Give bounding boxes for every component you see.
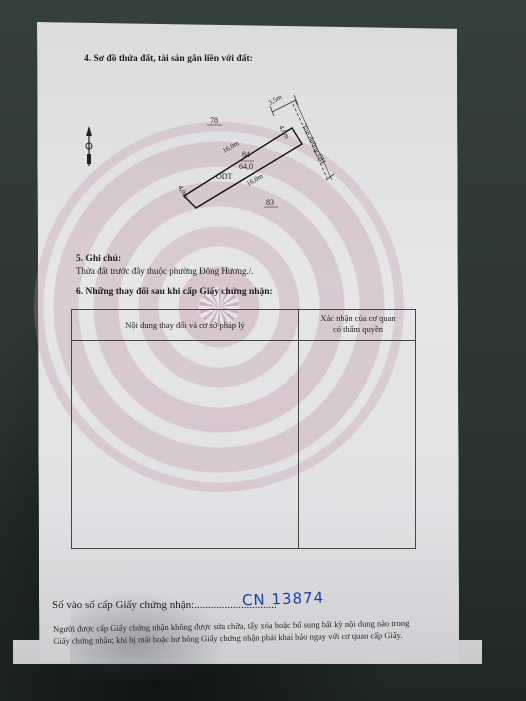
serial-number-handwritten: CN 13874 (242, 589, 325, 610)
land-use-code: ODT (216, 172, 232, 181)
section-5-title: 5. Ghi chú: (76, 254, 121, 264)
changes-table: Nội dung thay đổi và cơ sở pháp lý Xác n… (71, 309, 416, 549)
table-header-confirmation-line2: có thẩm quyền (299, 324, 417, 335)
section-6-title: 6. Những thay đổi sau khi cấp Giấy chứng… (76, 287, 273, 297)
neighbor-parcel-78: 78 (210, 116, 218, 125)
section-5-note: Thửa đất trước đây thuộc phường Đông Hươ… (76, 266, 254, 276)
table-header-confirmation-line1: Xác nhận của cơ quan (299, 313, 417, 324)
table-header-divider (72, 340, 415, 341)
parcel-number: 84 (242, 150, 250, 159)
section-4-title: 4. Sơ đồ thửa đất, tài sản gắn liền với … (84, 54, 253, 64)
table-header-changes: Nội dung thay đổi và cơ sở pháp lý (72, 320, 298, 331)
parcel-area: 64,0 (239, 162, 253, 171)
table-column-divider (298, 310, 299, 548)
neighbor-parcel-83: 83 (266, 198, 274, 207)
